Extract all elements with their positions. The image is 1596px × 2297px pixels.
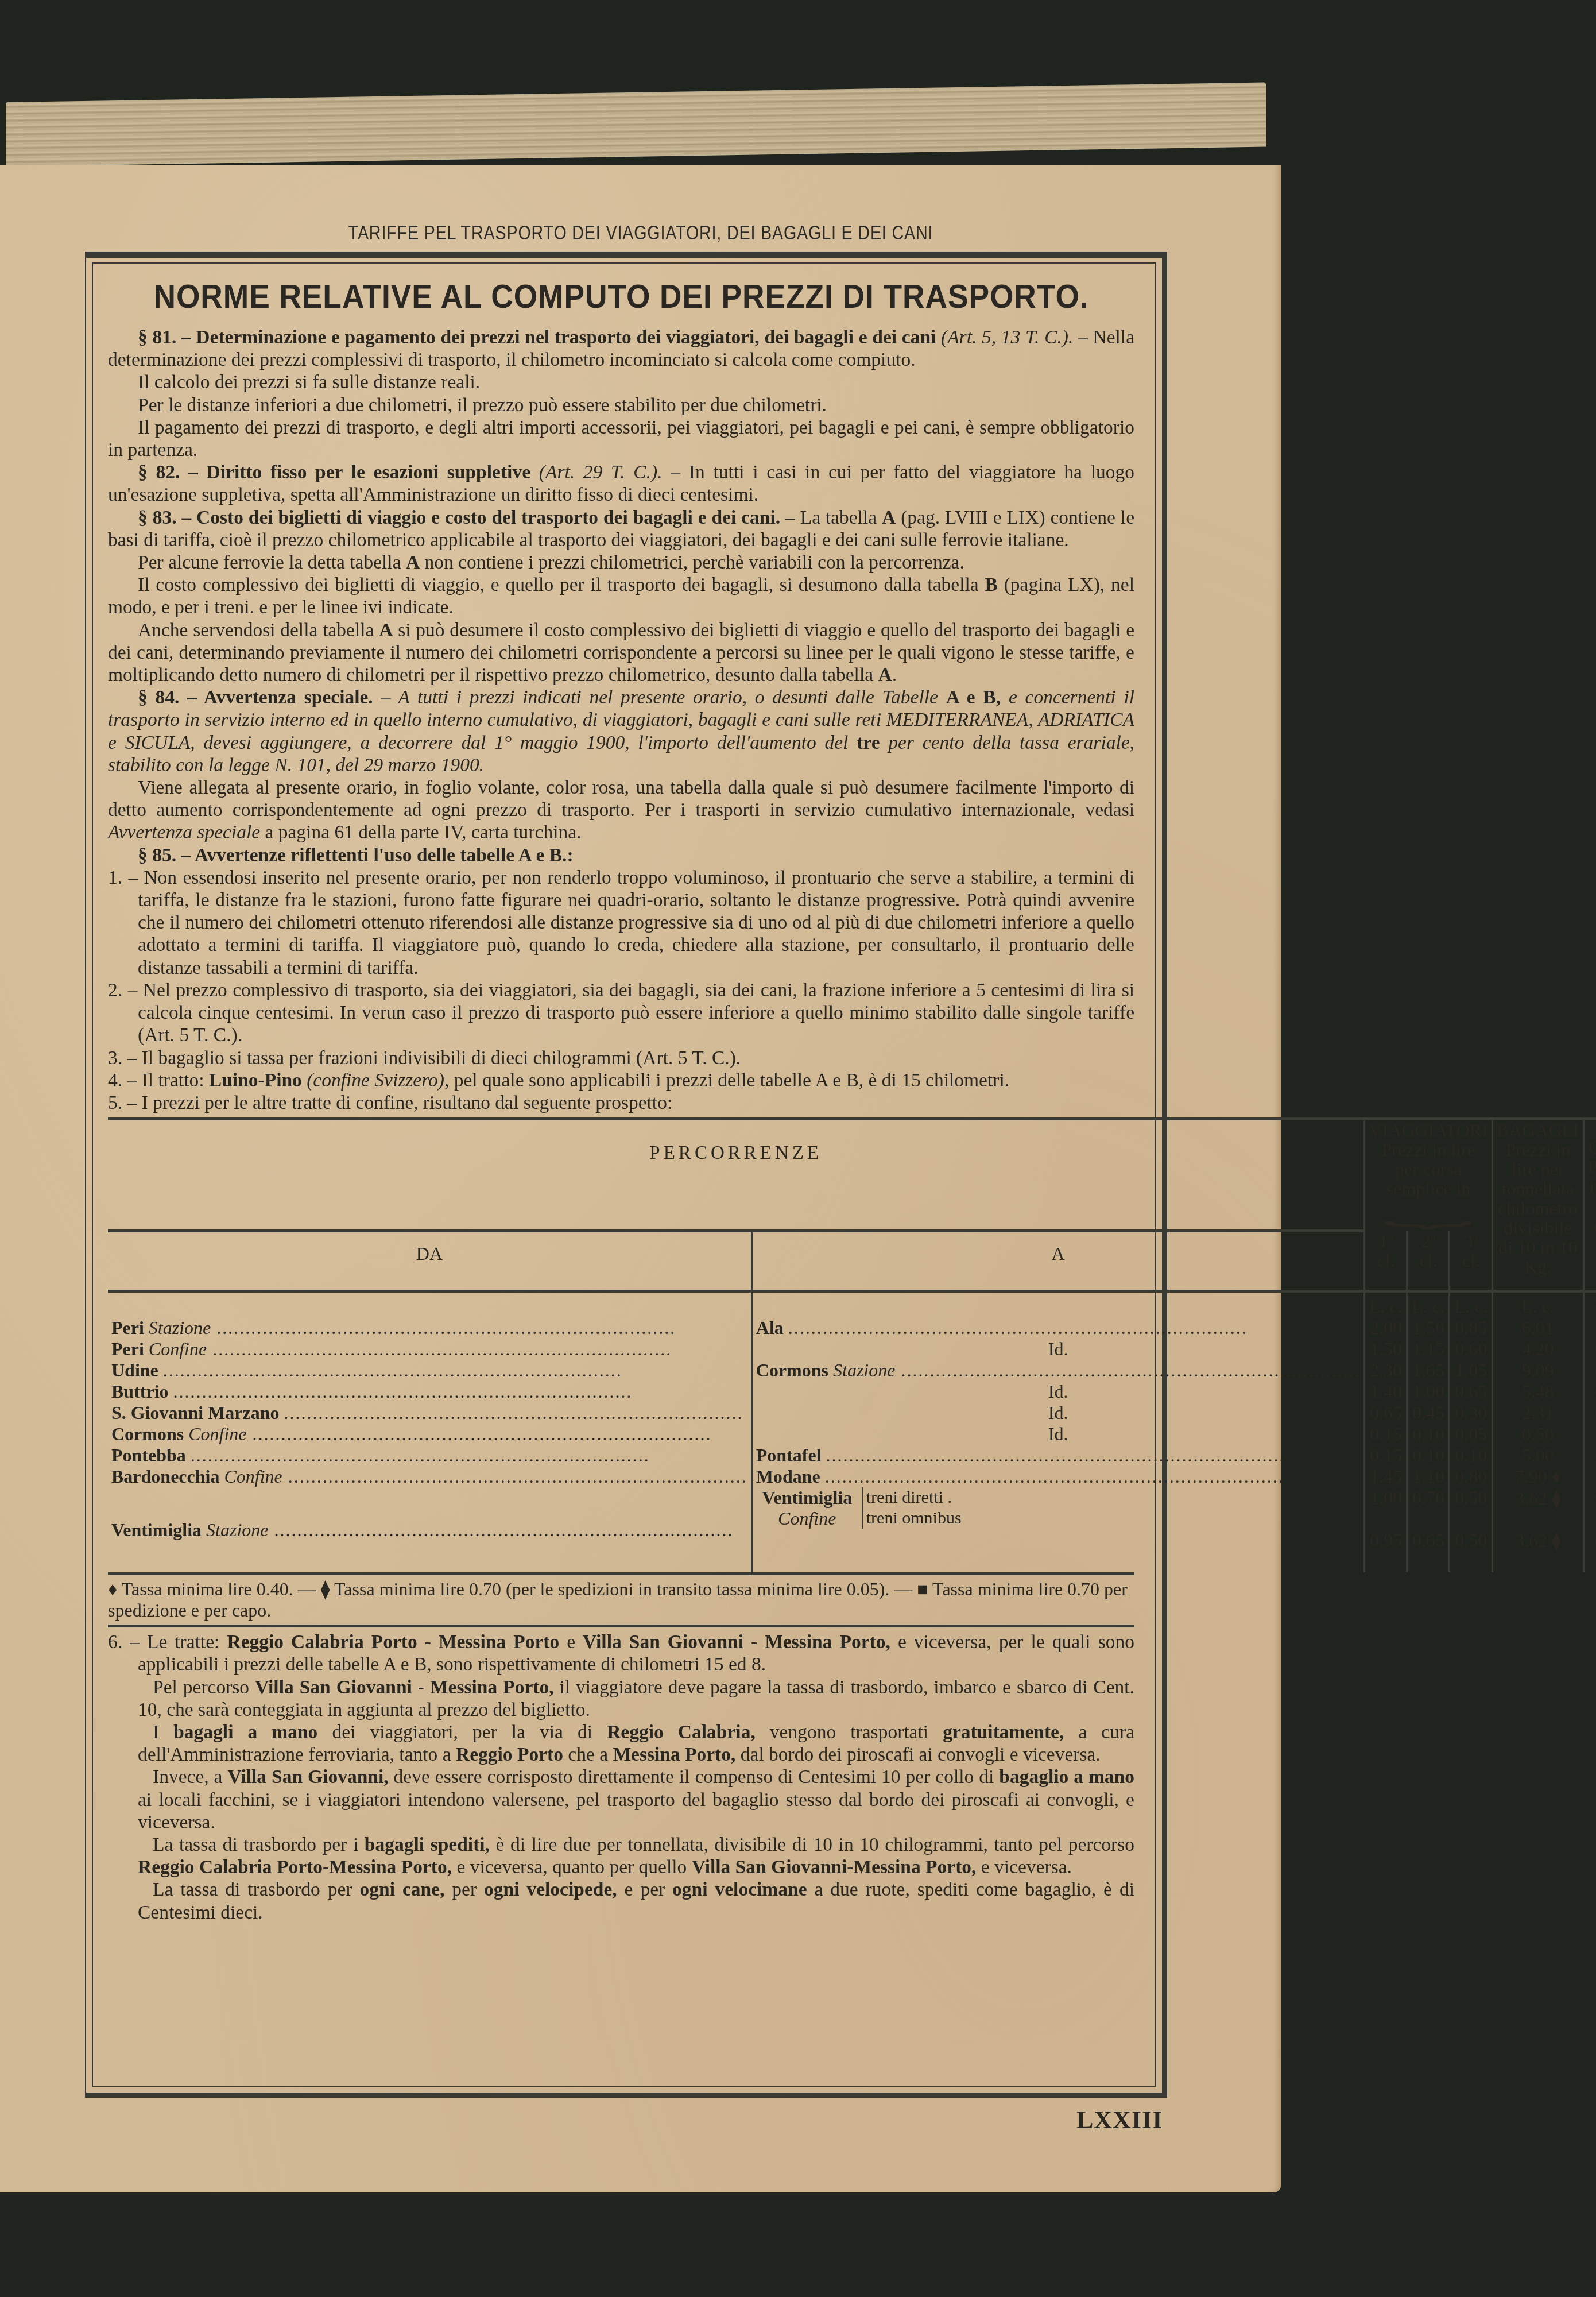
price-bagagli: 9.09	[1492, 1360, 1583, 1381]
price-class-2: 1.50	[1407, 1317, 1450, 1339]
price-class-3: 0.10	[1450, 1445, 1492, 1466]
section-82: § 82. – Diritto fisso per le esazioni su…	[108, 461, 1134, 506]
paragraph: Per alcune ferrovie la detta tabella A n…	[108, 551, 1134, 574]
paragraph: Il calcolo dei prezzi si fa sulle distan…	[108, 371, 1134, 393]
price-class-3: 1.05	[1450, 1360, 1492, 1381]
price-bagagli: 4.20	[1492, 1339, 1583, 1360]
book-page: TARIFFE PEL TRASPORTO DEI VIAGGIATORI, D…	[0, 165, 1281, 2192]
origin-cell: Peri Stazione	[108, 1317, 751, 1339]
destination-cell: Cormons Stazione	[751, 1360, 1365, 1381]
list-item-2: 2. – Nel prezzo complessivo di trasporto…	[108, 979, 1134, 1047]
section-85-heading: § 85. – Avvertenze riflettenti l'uso del…	[138, 845, 574, 866]
origin-cell: Udine	[108, 1360, 751, 1381]
destination-cell: Id.	[751, 1381, 1365, 1402]
price-class-1: 2.30	[1365, 1360, 1407, 1381]
origin-cell: Cormons Confine	[108, 1424, 751, 1445]
price-class-1: 2.00	[1365, 1317, 1407, 1339]
price-class-2: 1.15	[1407, 1339, 1450, 1360]
price-bagagli: 6.01	[1492, 1317, 1583, 1339]
destination-cell: Id.	[751, 1402, 1365, 1424]
price-bagagli: 5.00	[1492, 1445, 1583, 1466]
paragraph: Anche servendosi della tabella A si può …	[108, 619, 1134, 687]
header-class-3: 3ª cl.	[1450, 1231, 1492, 1291]
price-class-2: 1.65	[1407, 1360, 1450, 1381]
paragraph: Il costo complessivo dei biglietti di vi…	[108, 574, 1134, 618]
unit-label: L. c.	[1450, 1291, 1492, 1318]
page-title: NORME RELATIVE AL COMPUTO DEI PREZZI DI …	[149, 277, 1094, 316]
paragraph: Pel percorso Villa San Giovanni - Messin…	[108, 1676, 1134, 1721]
price-cani: 0.70	[1583, 1381, 1596, 1402]
header-viaggiatori: VIAGGIATORI Prezzi in lire per corsa sem…	[1365, 1119, 1492, 1231]
table-row: Buttrio Id.1.401.000.655.480.70	[108, 1381, 1596, 1402]
price-class-3: 0.05	[1450, 1424, 1492, 1445]
list-item-4: 4. – Il tratto: Luino-Pino (confine Sviz…	[108, 1069, 1134, 1092]
paragraph: Per le distanze inferiori a due chilomet…	[108, 394, 1134, 416]
price-class-3: 0.85	[1450, 1317, 1492, 1339]
table-row: S. Giovanni Marzano Id.0.650.450.302.310…	[108, 1402, 1596, 1424]
unit-label: L. c.	[1365, 1291, 1407, 1318]
price-cani: ....	[1583, 1424, 1596, 1445]
paragraph: I bagagli a mano dei viaggiatori, per la…	[108, 1721, 1134, 1766]
price-class-2: 0.45	[1407, 1402, 1450, 1424]
section-81-heading: § 81. – Determinazione e pagamento dei p…	[138, 327, 936, 348]
price-class-1: 1.40	[1365, 1381, 1407, 1402]
list-item-3: 3. – Il bagaglio si tassa per frazioni i…	[108, 1047, 1134, 1069]
price-class-3: 0.60	[1450, 1339, 1492, 1360]
running-head: TARIFFE PEL TRASPORTO DEI VIAGGIATORI, D…	[115, 222, 1166, 245]
destination-cell: Id.	[751, 1424, 1365, 1445]
origin-cell: Peri Confine	[108, 1339, 751, 1360]
unit-label: L. c.	[1492, 1291, 1583, 1318]
section-82-heading: § 82. – Diritto fisso per le esazioni su…	[138, 462, 530, 483]
price-cani: 0.70	[1583, 1360, 1596, 1381]
price-bagagli: 0.50	[1492, 1424, 1583, 1445]
price-class-2: 0.10	[1407, 1445, 1450, 1466]
price-bagagli: 5.48	[1492, 1381, 1583, 1402]
header-percorrenze: PERCORRENZE	[108, 1119, 1365, 1231]
price-class-3: 0.80	[1450, 1466, 1492, 1487]
destination-cell: Pontafel	[751, 1445, 1365, 1466]
price-cani: 0.70	[1583, 1402, 1596, 1424]
origin-cell: Bardonecchia Confine	[108, 1466, 751, 1487]
paragraph: Il pagamento dei prezzi di trasporto, e …	[108, 416, 1134, 461]
price-class-1: 0.65	[1365, 1402, 1407, 1424]
section-83-heading: § 83. – Costo dei biglietti di viaggio e…	[138, 507, 780, 528]
unit-label: L. c.	[1583, 1291, 1596, 1318]
paragraph: Viene allegata al presente orario, in fo…	[108, 776, 1134, 844]
section-84-heading: § 84. – Avvertenza speciale.	[138, 687, 373, 708]
price-cani: ....	[1583, 1466, 1596, 1487]
table-row: Bardonecchia ConfineModane 1.451.100.807…	[108, 1466, 1596, 1487]
price-bagagli: 2.31	[1492, 1402, 1583, 1424]
unit-label: L. c.	[1407, 1291, 1450, 1318]
header-a: A	[751, 1231, 1365, 1291]
price-class-1: 1.50	[1365, 1339, 1407, 1360]
table-row: Peri Confine Id.1.501.150.604.200.40	[108, 1339, 1596, 1360]
paragraph: Invece, a Villa San Giovanni, deve esser…	[108, 1766, 1134, 1834]
destination-cell: Ala	[751, 1317, 1365, 1339]
price-class-1: 0.15	[1365, 1424, 1407, 1445]
origin-cell: S. Giovanni Marzano	[108, 1402, 751, 1424]
origin-cell: Buttrio	[108, 1381, 751, 1402]
section-85: § 85. – Avvertenze riflettenti l'uso del…	[108, 844, 1134, 867]
section-81: § 81. – Determinazione e pagamento dei p…	[108, 326, 1134, 371]
price-cani: 0.40	[1583, 1339, 1596, 1360]
destination-cell: Modane	[751, 1466, 1365, 1487]
section-83: § 83. – Costo dei biglietti di viaggio e…	[108, 506, 1134, 551]
price-cani: 0.05	[1583, 1445, 1596, 1466]
header-class-2: 2ª cl.	[1407, 1231, 1450, 1291]
price-class-1: 1.45	[1365, 1466, 1407, 1487]
table-row: Udine Cormons Stazione2.301.651.059.090.…	[108, 1360, 1596, 1381]
border-tariff-table: PERCORRENZE VIAGGIATORI Prezzi in lire p…	[108, 1117, 1596, 1572]
table-footnote: ♦ Tassa minima lire 0.40. — ⧫ Tassa mini…	[108, 1572, 1134, 1627]
brace-icon: ⏟	[1167, 1196, 1596, 1213]
price-cani: 1.10	[1583, 1317, 1596, 1339]
header-class-1: 1ª cl.	[1365, 1231, 1407, 1291]
text-frame: NORME RELATIVE AL COMPUTO DEI PREZZI DI …	[85, 252, 1167, 2098]
price-class-2: 1.00	[1407, 1381, 1450, 1402]
paragraph: La tassa di trasbordo per i bagagli sped…	[108, 1834, 1134, 1878]
price-bagagli: 7.90 ♦	[1492, 1466, 1583, 1487]
price-class-1: 0.15	[1365, 1445, 1407, 1466]
table-row: Ventimiglia Stazione VentimigliaConfine …	[108, 1487, 1596, 1530]
paragraph: La tassa di trasbordo per ogni cane, per…	[108, 1878, 1134, 1923]
price-class-3: 0.30	[1450, 1402, 1492, 1424]
list-item-5: 5. – I prezzi per le altre tratte di con…	[108, 1092, 1134, 1114]
table-row: Cormons Confine Id.0.150.100.050.50....	[108, 1424, 1596, 1445]
list-item-6: 6. – Le tratte: Reggio Calabria Porto - …	[108, 1631, 1134, 1676]
header-da: DA	[108, 1231, 751, 1291]
price-class-2: 1.10	[1407, 1466, 1450, 1487]
book-page-edges	[6, 83, 1266, 167]
destination-cell: Id.	[751, 1339, 1365, 1360]
table-row: Pontebba Pontafel 0.150.100.105.000.05	[108, 1445, 1596, 1466]
section-84: § 84. – Avvertenza speciale. – A tutti i…	[108, 686, 1134, 776]
price-class-3: 0.65	[1450, 1381, 1492, 1402]
origin-cell: Pontebba	[108, 1445, 751, 1466]
table-row: Peri StazioneAla 2.001.500.856.011.10	[108, 1317, 1596, 1339]
list-item-1: 1. – Non essendosi inserito nel presente…	[108, 867, 1134, 979]
price-class-2: 0.10	[1407, 1424, 1450, 1445]
